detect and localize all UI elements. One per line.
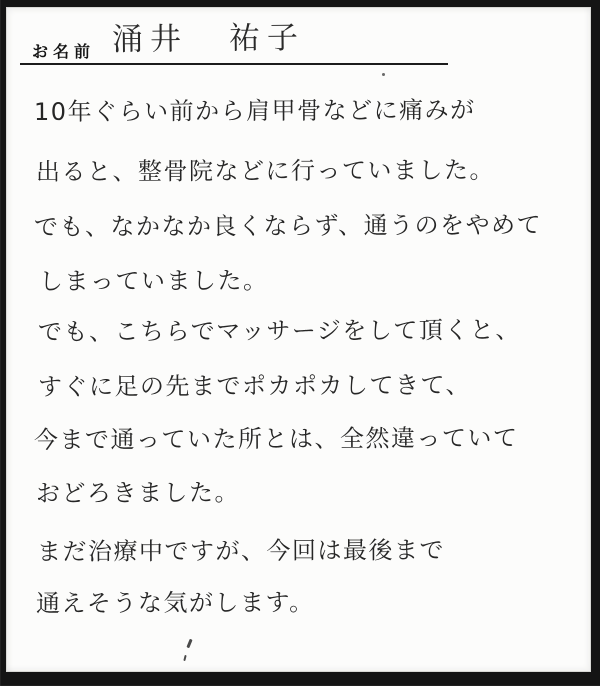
handwriting-line: 今まで通っていた所とは、全然違っていて bbox=[34, 426, 519, 452]
handwriting-line: しまっていました。 bbox=[39, 268, 269, 293]
handwriting-line: 通えそうな気がします。 bbox=[36, 590, 315, 615]
handwriting-line: でも、なかなか良くならず、通うのをやめて bbox=[34, 213, 542, 239]
handwriting-line: すぐに足の先までポカポカしてきて、 bbox=[38, 373, 471, 399]
paper: お名前 涌井 祐子 10年ぐらい前から肩甲骨などに痛みが 出ると、整骨院などに行… bbox=[6, 7, 591, 672]
handwriting-line: 出ると、整骨院などに行っていました。 bbox=[36, 158, 495, 184]
testimonial-text: 10年ぐらい前から肩甲骨などに痛みが 出ると、整骨院などに行っていました。 でも… bbox=[6, 7, 591, 672]
handwriting-line: まだ治療中ですが、今回は最後まで bbox=[37, 538, 445, 564]
handwriting-line: 10年ぐらい前から肩甲骨などに痛みが bbox=[34, 98, 476, 124]
scan-background: お名前 涌井 祐子 10年ぐらい前から肩甲骨などに痛みが 出ると、整骨院などに行… bbox=[0, 0, 600, 686]
handwriting-line: でも、こちらでマッサージをして頂くと、 bbox=[38, 318, 521, 344]
handwriting-line: おどろきました。 bbox=[36, 481, 240, 506]
